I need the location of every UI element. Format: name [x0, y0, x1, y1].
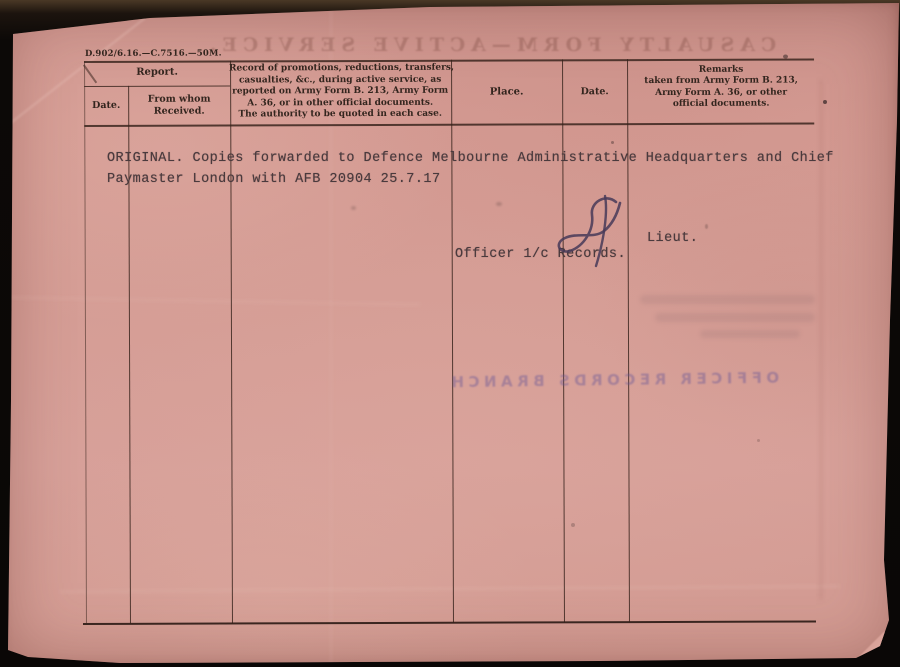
- ink-speck: [757, 439, 760, 442]
- ink-speck: [705, 224, 708, 229]
- header-date-col2: Date.: [562, 86, 627, 97]
- document-paper: CASUALTY FORM—ACTIVE SERVICE. D.902/6.16…: [0, 0, 900, 667]
- header-record-line: reported on Army Form B. 213, Army Form: [229, 86, 451, 98]
- bleedthrough-smudge: [700, 330, 800, 338]
- typed-entry-line1: ORIGINAL. Copies forwarded to Defence Me…: [107, 151, 834, 166]
- header-from-whom-line: From whom: [128, 93, 230, 105]
- header-record-column: Record of promotions, reductions, transf…: [229, 63, 451, 122]
- header-remarks-line: official documents.: [627, 98, 815, 110]
- header-record-line: The authority to be quoted in each case.: [229, 109, 451, 121]
- table-line-header-bottom: [84, 122, 814, 126]
- table-line-col3: [451, 60, 454, 623]
- photo-background: CASUALTY FORM—ACTIVE SERVICE. D.902/6.16…: [0, 0, 900, 667]
- ink-speck: [823, 100, 827, 104]
- header-remarks-line: Army Form A. 36, or other: [627, 87, 815, 99]
- ink-speck: [783, 55, 788, 59]
- table-line-left-border: [84, 61, 87, 624]
- bleedthrough-smudge: [655, 313, 815, 322]
- header-remarks-line: taken from Army Form B. 213,: [627, 76, 815, 88]
- ink-speck: [611, 141, 614, 144]
- ink-speck: [351, 206, 356, 210]
- header-remarks: Remarks taken from Army Form B. 213, Arm…: [627, 64, 815, 110]
- header-record-line: Record of promotions, reductions, transf…: [229, 63, 451, 75]
- table-line-col1: [128, 86, 131, 624]
- header-record-line: A. 36, or in other official documents.: [229, 98, 451, 110]
- form-number: D.902/6.16.—C.7516.—50M.: [85, 49, 222, 59]
- bleedthrough-smudge: [640, 295, 815, 304]
- table-line-report-underline: [84, 85, 230, 87]
- ink-speck: [496, 202, 502, 206]
- folded-corner: [856, 632, 890, 660]
- typed-rank-lieut: Lieut.: [647, 231, 698, 246]
- table-line-col2: [230, 60, 233, 623]
- header-remarks-line: Remarks: [627, 64, 815, 76]
- signature-initials: [552, 194, 644, 272]
- header-date-col1: Date.: [84, 100, 128, 111]
- header-place: Place.: [451, 86, 562, 97]
- table-line-col4: [562, 59, 565, 622]
- header-from-whom-line: Received.: [128, 105, 230, 117]
- table-line-bottom: [83, 620, 816, 625]
- table-line-col5: [627, 59, 630, 622]
- header-report: Report.: [84, 66, 230, 78]
- header-from-whom: From whom Received.: [128, 93, 230, 117]
- typed-entry-line2: Paymaster London with AFB 20904 25.7.17: [107, 172, 441, 187]
- header-record-line: casualties, &c., during active service, …: [229, 74, 451, 86]
- ink-speck: [571, 523, 575, 527]
